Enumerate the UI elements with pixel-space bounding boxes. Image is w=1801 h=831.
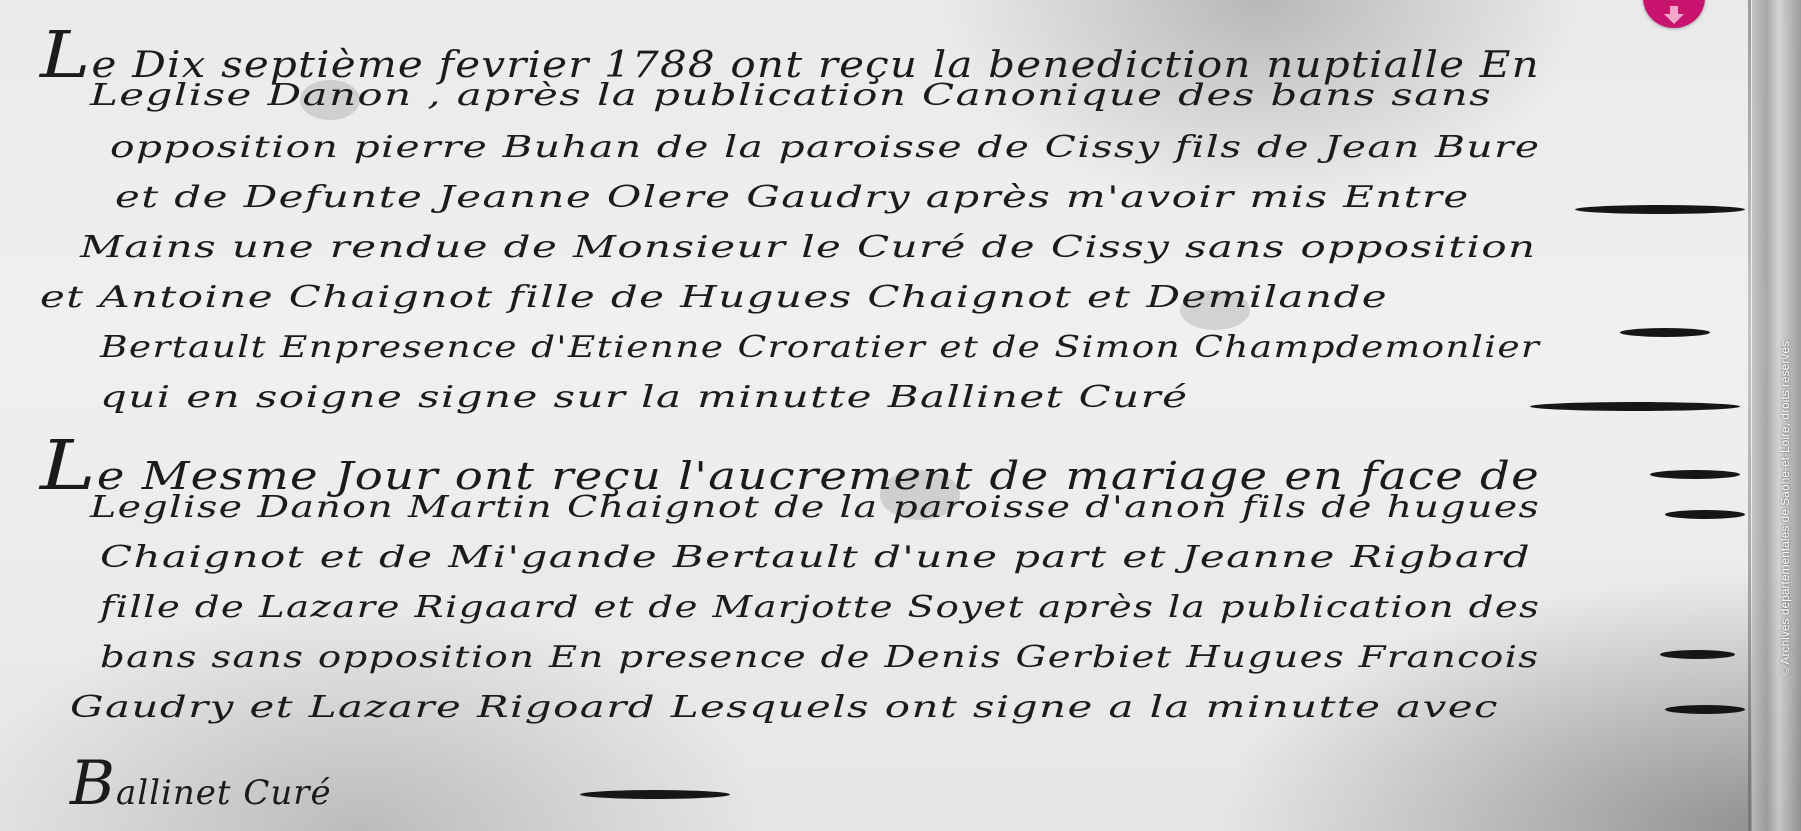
manuscript-line: Leglise Danon Martin Chaignot de la paro… bbox=[90, 490, 1540, 525]
ink-filler-stroke bbox=[580, 790, 730, 799]
ink-filler-stroke bbox=[1665, 510, 1745, 519]
manuscript-line: fille de Lazare Rigaard et de Marjotte S… bbox=[100, 590, 1540, 625]
manuscript-line: Ballinet Curé bbox=[70, 748, 332, 819]
manuscript-line: et de Defunte Jeanne Olere Gaudry après … bbox=[115, 180, 1470, 215]
ink-filler-stroke bbox=[1620, 328, 1710, 337]
page-binding-edge bbox=[1752, 0, 1801, 831]
copyright-notice: © Archives départementales de Saône-et-L… bbox=[1778, 341, 1792, 676]
manuscript-line: bans sans opposition En presence de Deni… bbox=[100, 640, 1539, 675]
ink-filler-stroke bbox=[1575, 205, 1745, 214]
manuscript-text: Le Dix septième fevrier 1788 ont reçu la… bbox=[0, 0, 1750, 831]
ink-filler-stroke bbox=[1530, 402, 1740, 411]
ink-filler-stroke bbox=[1660, 650, 1735, 659]
download-arrow-icon bbox=[1663, 6, 1685, 24]
manuscript-line: Mains une rendue de Monsieur le Curé de … bbox=[80, 230, 1537, 265]
ink-filler-stroke bbox=[1665, 705, 1745, 714]
manuscript-line: Bertault Enpresence d'Etienne Croratier … bbox=[100, 330, 1540, 365]
document-viewer[interactable]: Le Dix septième fevrier 1788 ont reçu la… bbox=[0, 0, 1801, 831]
manuscript-line: et Antoine Chaignot fille de Hugues Chai… bbox=[40, 280, 1388, 315]
manuscript-line: Chaignot et de Mi'gande Bertault d'une p… bbox=[100, 540, 1531, 575]
manuscript-line: qui en soigne signe sur la minutte Balli… bbox=[100, 380, 1188, 415]
manuscript-line: Leglise Danon , après la publication Can… bbox=[90, 78, 1492, 113]
ink-filler-stroke bbox=[1650, 470, 1740, 479]
manuscript-line: opposition pierre Buhan de la paroisse d… bbox=[110, 130, 1540, 165]
manuscript-line: Gaudry et Lazare Rigoard Lesquels ont si… bbox=[70, 690, 1499, 725]
scanned-page: Le Dix septième fevrier 1788 ont reçu la… bbox=[0, 0, 1801, 831]
